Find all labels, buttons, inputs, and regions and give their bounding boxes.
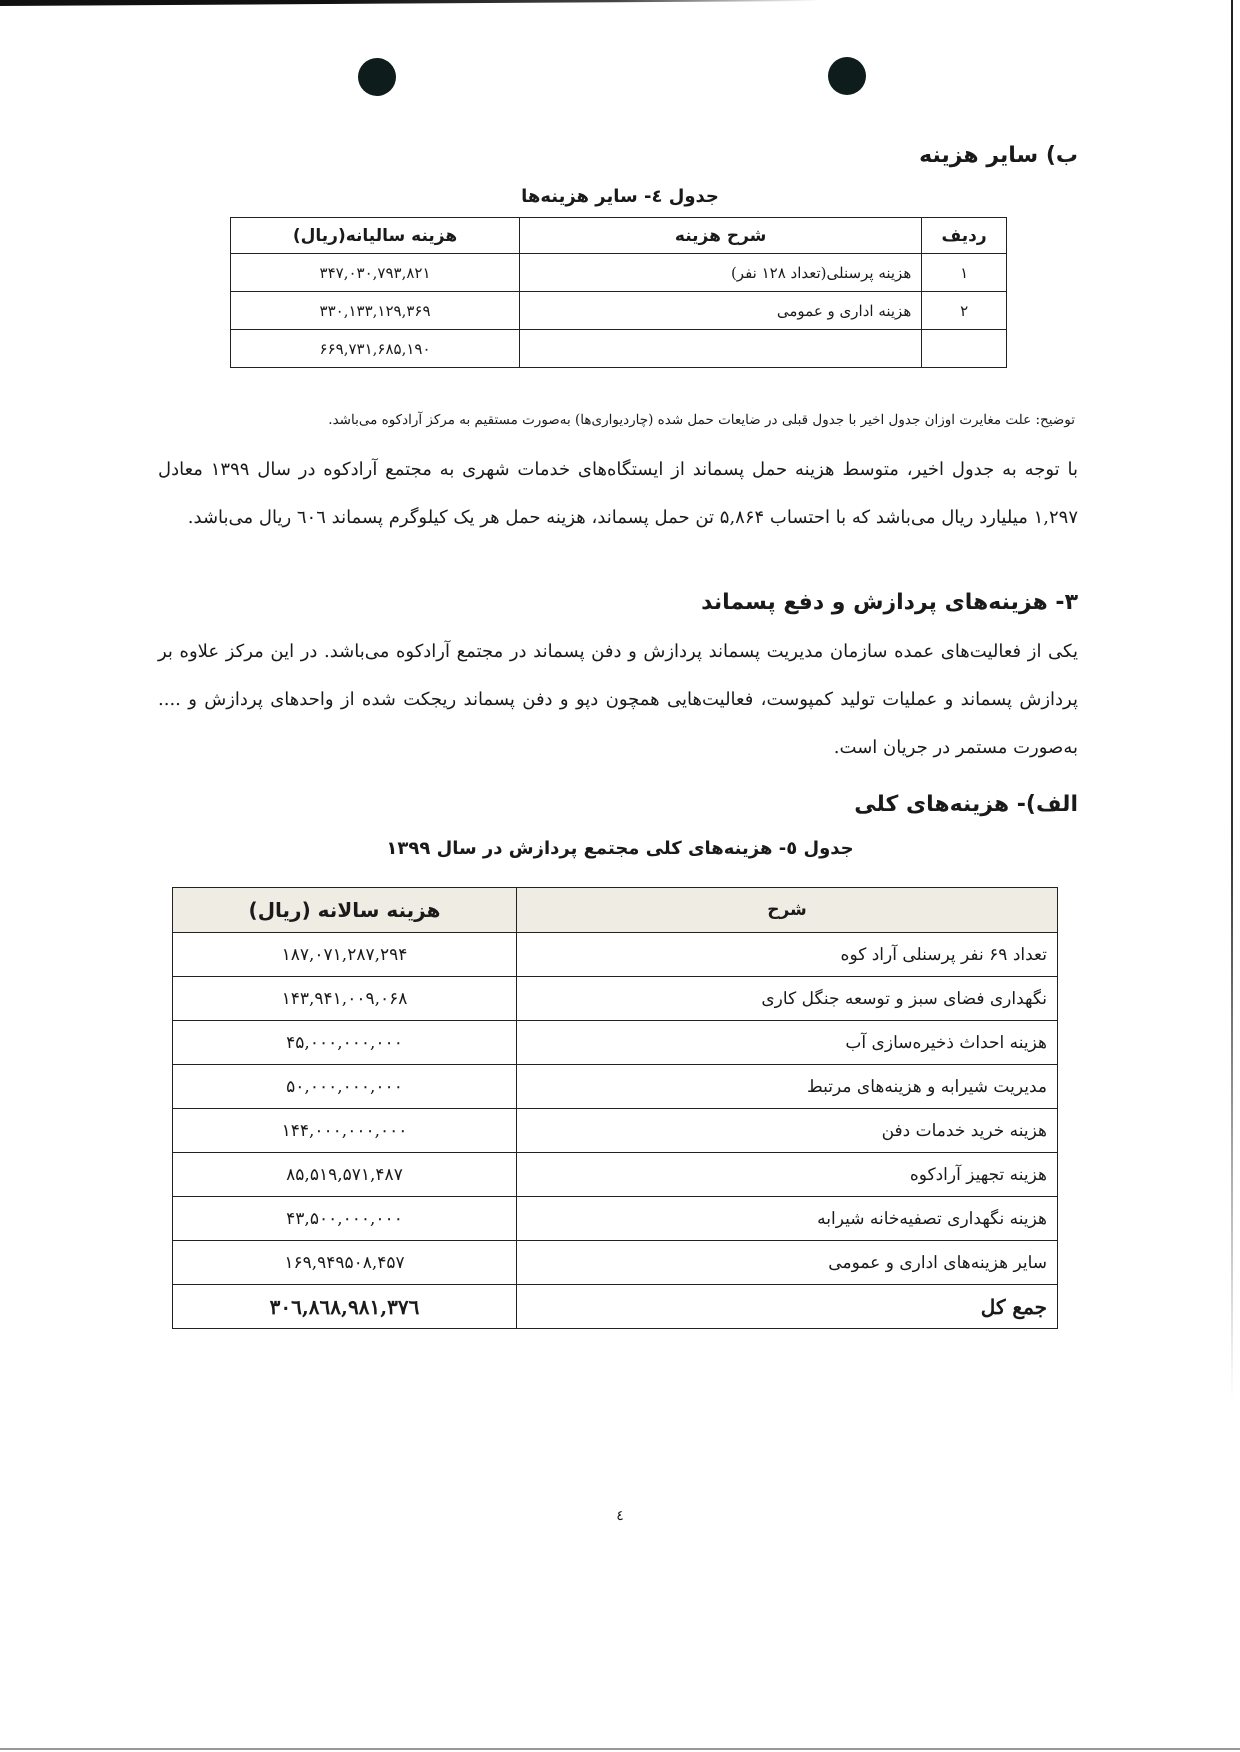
punch-hole-left: [358, 58, 396, 96]
section-alef-heading: الف)- هزینه‌های کلی: [854, 792, 1078, 817]
cell-description: هزینه پرسنلی(تعداد ۱۲۸ نفر): [520, 254, 922, 292]
cell-annual-cost: ۳۴۷,۰۳۰,۷۹۳,۸۲۱: [231, 254, 520, 292]
table-row: هزینه نگهداری تصفیه‌خانه شیرابه ۴۳,۵۰۰,۰…: [173, 1197, 1058, 1241]
table-row: مدیریت شیرابه و هزینه‌های مرتبط ۵۰,۰۰۰,۰…: [173, 1065, 1058, 1109]
col-header-annual-cost: هزینه سالیانه(ریال): [231, 218, 520, 254]
cell-annual-cost: ۱۶۹,۹۴۹۵۰۸,۴۵۷: [173, 1241, 517, 1285]
table-header-row: شرح هزینه سالانه (ریال): [173, 888, 1058, 933]
table-row: ۱ هزینه پرسنلی(تعداد ۱۲۸ نفر) ۳۴۷,۰۳۰,۷۹…: [231, 254, 1007, 292]
table-row: نگهداری فضای سبز و توسعه جنگل کاری ۱۴۳,۹…: [173, 977, 1058, 1021]
section-b-paragraph: با توجه به جدول اخیر، متوسط هزینه حمل پس…: [158, 446, 1078, 542]
table4-caption: جدول ٤- سایر هزینه‌ها: [0, 186, 1240, 207]
cell-description: سایر هزینه‌های اداری و عمومی: [517, 1241, 1058, 1285]
col-header-row-number: ردیف: [922, 218, 1007, 254]
scan-edge-top: [0, 0, 820, 6]
table-total-row: جمع کل ۸٦۸,۹۸۱,۳۷٦,۳۰٦: [173, 1285, 1058, 1329]
cell-total-cost: ۸٦۸,۹۸۱,۳۷٦,۳۰٦: [173, 1285, 517, 1329]
section-3-paragraph: یکی از فعالیت‌های عمده سازمان مدیریت پسم…: [158, 628, 1078, 772]
table-row: هزینه احداث ذخیره‌سازی آب ۴۵,۰۰۰,۰۰۰,۰۰۰: [173, 1021, 1058, 1065]
cell-description: هزینه تجهیز آرادکوه: [517, 1153, 1058, 1197]
section-b-heading: ب) سایر هزینه: [919, 143, 1078, 168]
table-row: سایر هزینه‌های اداری و عمومی ۱۶۹,۹۴۹۵۰۸,…: [173, 1241, 1058, 1285]
table-total-row: ۶۶۹,۷۳۱,۶۸۵,۱۹۰: [231, 330, 1007, 368]
table4-note: توضیح: علت مغایرت اوزان جدول اخیر با جدو…: [328, 412, 1075, 428]
scan-edge-bottom: [0, 1748, 1240, 1750]
col-header-description: شرح: [517, 888, 1058, 933]
cell-description: [520, 330, 922, 368]
cell-annual-cost: ۳۳۰,۱۳۳,۱۲۹,۳۶۹: [231, 292, 520, 330]
table-row: ۲ هزینه اداری و عمومی ۳۳۰,۱۳۳,۱۲۹,۳۶۹: [231, 292, 1007, 330]
cell-total-label: جمع کل: [517, 1285, 1058, 1329]
page-number: ٤: [0, 1508, 1240, 1524]
cell-total-cost: ۶۶۹,۷۳۱,۶۸۵,۱۹۰: [231, 330, 520, 368]
cell-annual-cost: ۱۴۴,۰۰۰,۰۰۰,۰۰۰: [173, 1109, 517, 1153]
cell-row-number: [922, 330, 1007, 368]
cell-annual-cost: ۱۸۷,۰۷۱,۲۸۷,۲۹۴: [173, 933, 517, 977]
punch-hole-right: [828, 57, 866, 95]
cell-description: مدیریت شیرابه و هزینه‌های مرتبط: [517, 1065, 1058, 1109]
cell-description: هزینه نگهداری تصفیه‌خانه شیرابه: [517, 1197, 1058, 1241]
col-header-annual-cost: هزینه سالانه (ریال): [173, 888, 517, 933]
cell-annual-cost: ۱۴۳,۹۴۱,۰۰۹,۰۶۸: [173, 977, 517, 1021]
cell-annual-cost: ۴۵,۰۰۰,۰۰۰,۰۰۰: [173, 1021, 517, 1065]
table-row: هزینه تجهیز آرادکوه ۸۵,۵۱۹,۵۷۱,۴۸۷: [173, 1153, 1058, 1197]
cell-annual-cost: ۵۰,۰۰۰,۰۰۰,۰۰۰: [173, 1065, 517, 1109]
cell-description: هزینه اداری و عمومی: [520, 292, 922, 330]
cell-description: نگهداری فضای سبز و توسعه جنگل کاری: [517, 977, 1058, 1021]
cell-description: تعداد ۶۹ نفر پرسنلی آراد کوه: [517, 933, 1058, 977]
table-row: تعداد ۶۹ نفر پرسنلی آراد کوه ۱۸۷,۰۷۱,۲۸۷…: [173, 933, 1058, 977]
table4-other-costs: ردیف شرح هزینه هزینه سالیانه(ریال) ۱ هزی…: [230, 217, 1007, 368]
table-header-row: ردیف شرح هزینه هزینه سالیانه(ریال): [231, 218, 1007, 254]
cell-row-number: ۲: [922, 292, 1007, 330]
section-3-heading: ۳- هزینه‌های پردازش و دفع پسماند: [701, 590, 1078, 615]
col-header-description: شرح هزینه: [520, 218, 922, 254]
table5-caption: جدول ٥- هزینه‌های کلی مجتمع پردازش در سا…: [0, 838, 1240, 859]
cell-description: هزینه احداث ذخیره‌سازی آب: [517, 1021, 1058, 1065]
table5-general-costs: شرح هزینه سالانه (ریال) تعداد ۶۹ نفر پرس…: [172, 887, 1058, 1329]
cell-annual-cost: ۴۳,۵۰۰,۰۰۰,۰۰۰: [173, 1197, 517, 1241]
scan-edge-right: [1231, 0, 1233, 1400]
cell-annual-cost: ۸۵,۵۱۹,۵۷۱,۴۸۷: [173, 1153, 517, 1197]
table-row: هزینه خرید خدمات دفن ۱۴۴,۰۰۰,۰۰۰,۰۰۰: [173, 1109, 1058, 1153]
cell-description: هزینه خرید خدمات دفن: [517, 1109, 1058, 1153]
cell-row-number: ۱: [922, 254, 1007, 292]
